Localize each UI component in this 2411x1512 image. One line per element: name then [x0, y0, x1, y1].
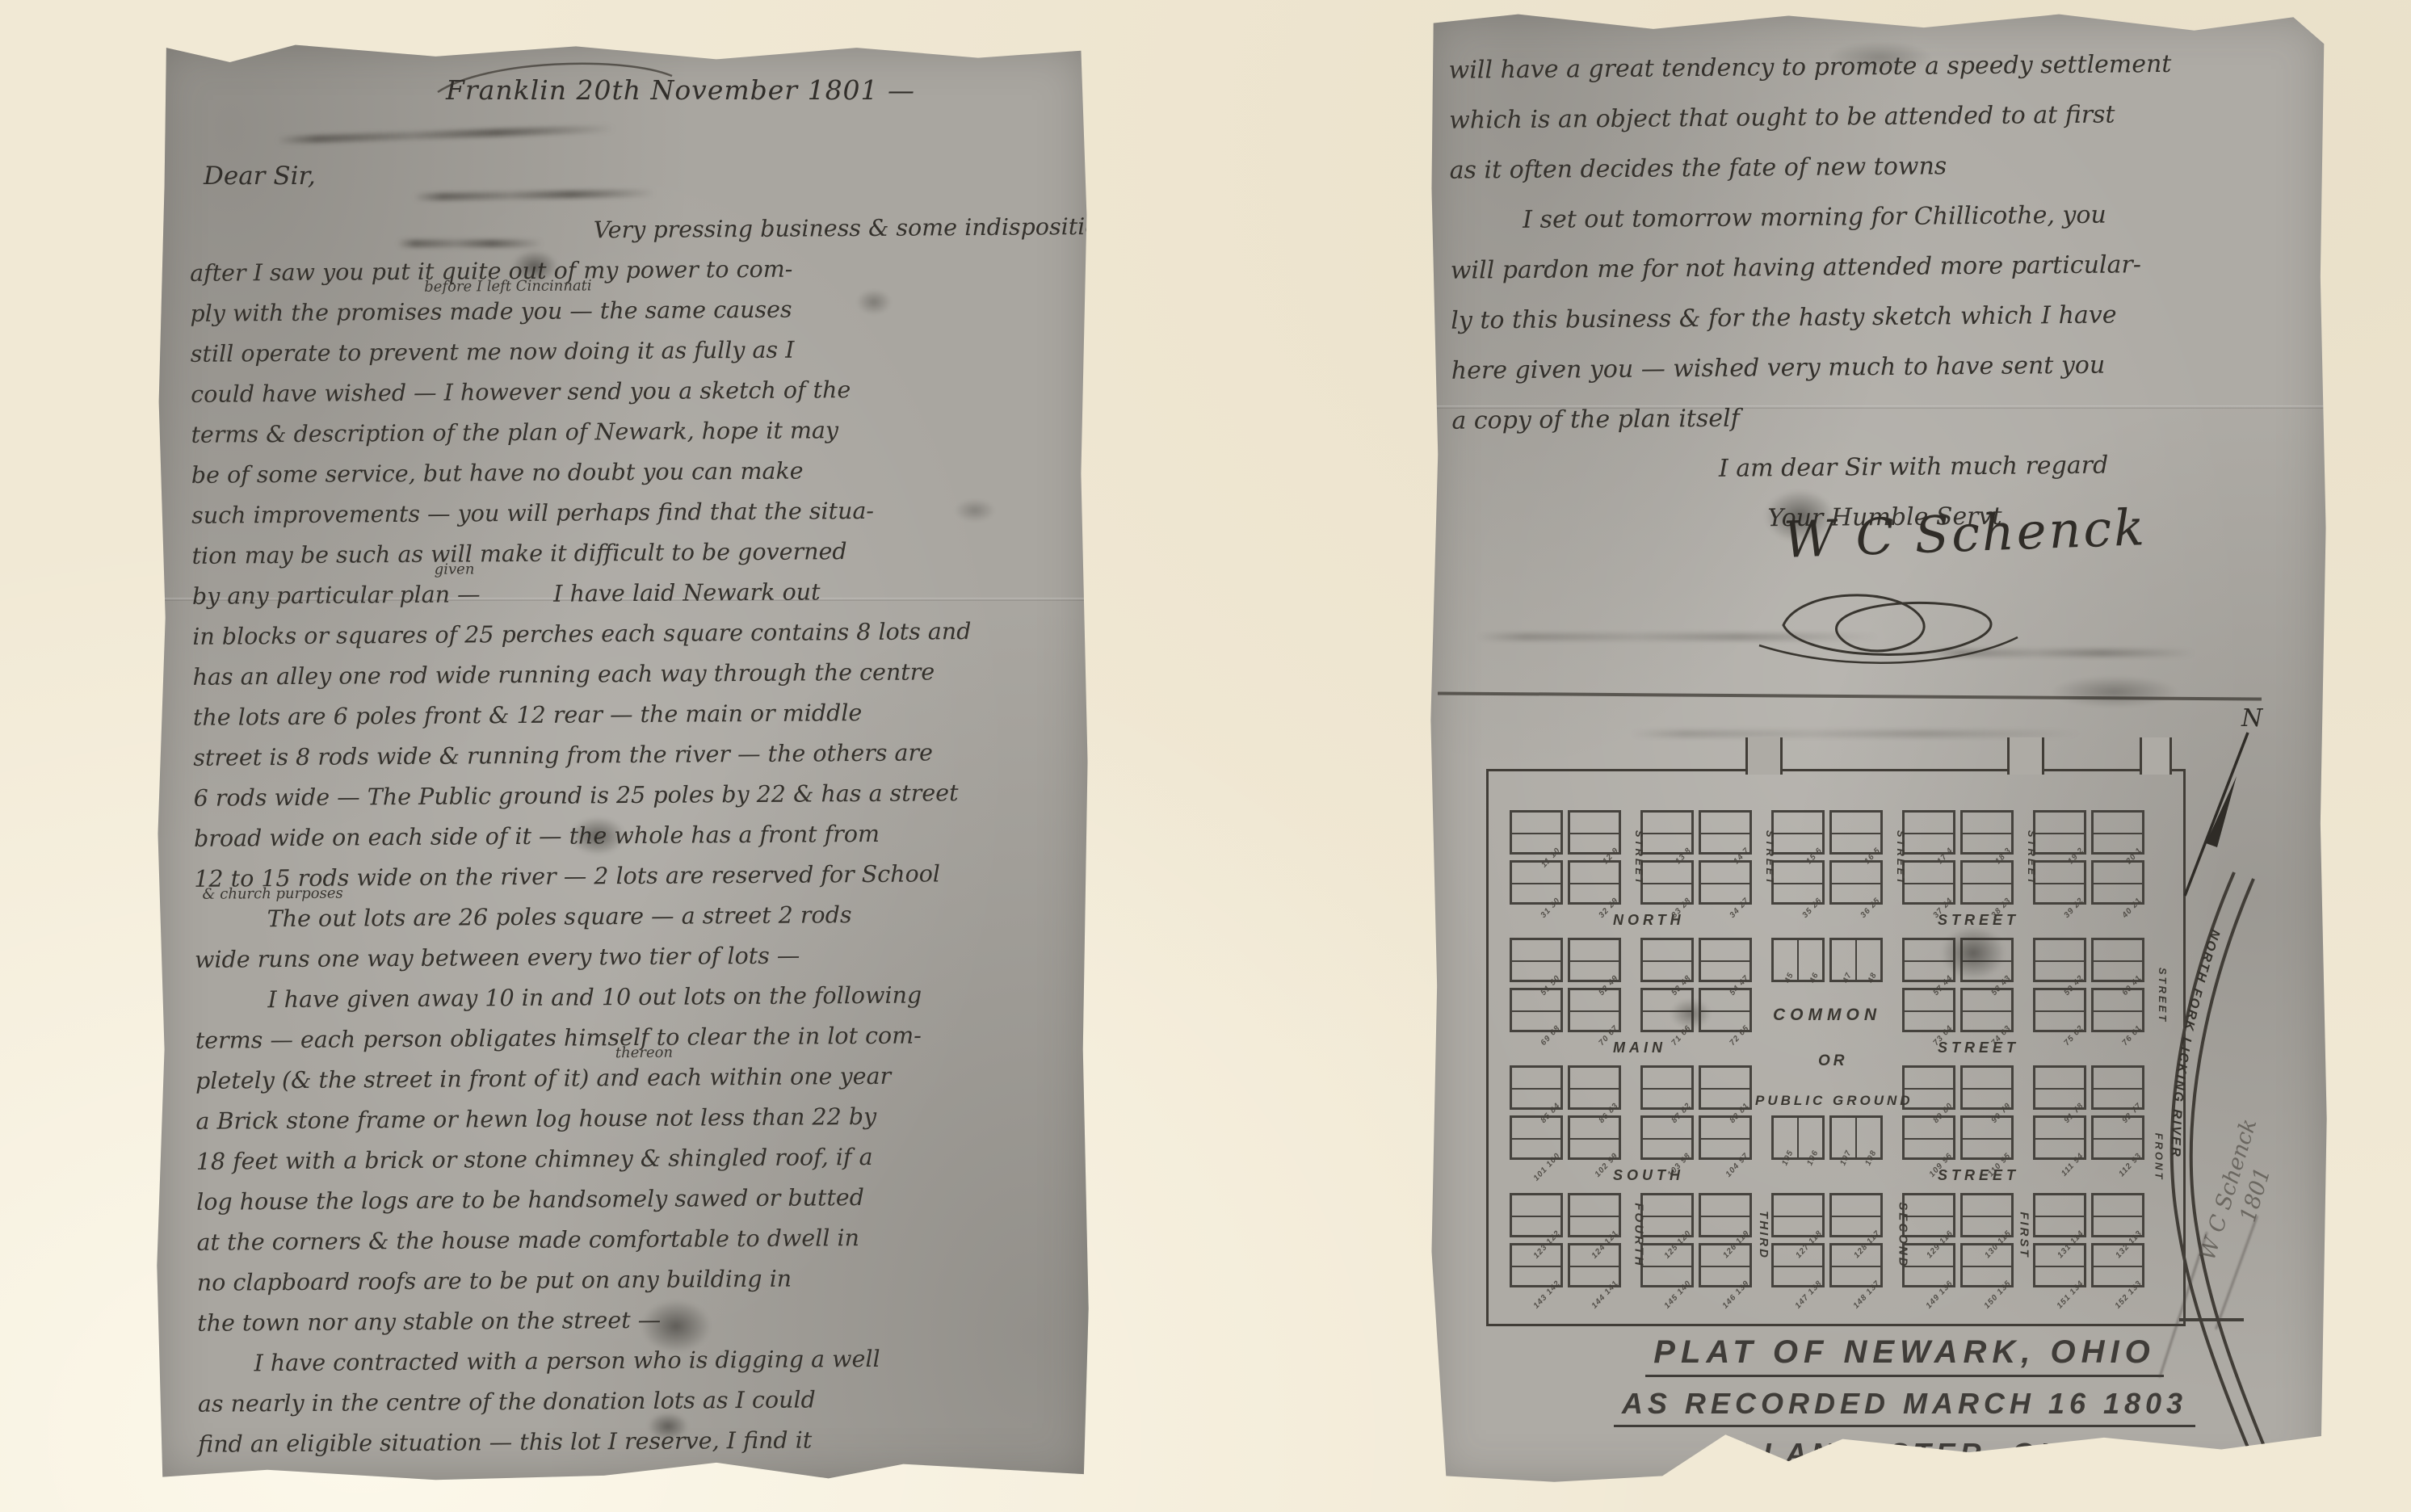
lot-number-pair: 143 142	[1532, 1279, 1562, 1310]
town-block: 150 135	[1960, 1243, 2014, 1287]
town-block: 87 82	[1640, 1065, 1694, 1110]
town-block-strip-lots: 105106	[1771, 1115, 1825, 1160]
lot-divider	[1963, 883, 2011, 884]
town-block: 37 24	[1902, 860, 1955, 905]
vertical-street-gap	[1626, 1065, 1640, 1066]
common-label: COMMON	[1773, 1006, 1881, 1025]
vertical-street-label: STREET	[1633, 830, 1645, 886]
town-block: 69 68	[1510, 988, 1563, 1032]
town-block: 125 120	[1640, 1193, 1694, 1237]
lot-divider	[1512, 1216, 1560, 1217]
letter-page-1: Franklin 20th November 1801 — Dear Sir, …	[155, 42, 1090, 1481]
letter-line: street is 8 rods wide & running from the…	[193, 732, 1078, 779]
block-row: 123 122124 121125 120126 119127 118128 1…	[1510, 1193, 2183, 1243]
lot-divider	[1570, 833, 1619, 834]
town-block: 54 47	[1699, 938, 1752, 982]
town-block: 109 96	[1902, 1115, 1955, 1160]
vertical-street-gap	[1626, 1115, 1640, 1116]
lot-divider	[1570, 960, 1619, 962]
town-block: 15 6	[1771, 810, 1825, 855]
letter-line: & church purposesThe out lots are 26 pol…	[195, 893, 1080, 940]
town-block: 53 48	[1640, 938, 1694, 982]
letter-line: I am dear Sir with much regard	[1452, 439, 2323, 496]
lot-divider	[1832, 1216, 1880, 1217]
ink-stain	[850, 284, 898, 320]
river-label: NORTH FORK LICKING RIVER	[2169, 928, 2222, 1159]
lot-number: 47	[1841, 971, 1854, 985]
town-block: 103 98	[1640, 1115, 1694, 1160]
strip-lot: 107	[1832, 1118, 1855, 1157]
lot-divider	[1512, 1138, 1560, 1140]
lot-divider	[1774, 1266, 1822, 1267]
bleed-through-mark	[1630, 730, 2082, 737]
lot-divider	[1701, 1266, 1749, 1267]
letter-body-page-1: Very pressing business & some indisposit…	[190, 207, 1084, 1465]
lot-divider	[1832, 883, 1880, 884]
town-block: 88 81	[1699, 1065, 1752, 1110]
letter-line: as it often decides the fate of new town…	[1449, 138, 2321, 195]
ink-stain	[559, 809, 636, 863]
letter-line: will pardon me for not having attended m…	[1450, 238, 2321, 296]
strip-lot: 108	[1855, 1118, 1880, 1157]
plat-block-grid: 11 1012 913 814 715 616 517 418 319 220 …	[1489, 771, 2183, 1293]
lot-number: 107	[1839, 1149, 1854, 1166]
vertical-street-gap	[1888, 810, 1902, 811]
town-block: 91 78	[2033, 1065, 2086, 1110]
lot-divider	[1643, 1266, 1691, 1267]
letter-line: the lots are 6 poles front & 12 rear — t…	[193, 691, 1078, 738]
street-opening-stub	[2007, 737, 2044, 775]
lot-divider	[2035, 1216, 2084, 1217]
lot-divider	[1643, 883, 1691, 884]
vertical-street-label: STREET	[2026, 830, 2038, 886]
letter-line: before I left Cincinnatiply with the pro…	[190, 288, 1075, 334]
ink-stain	[2026, 670, 2203, 714]
fourth-street-label: FOURTH	[1632, 1203, 1646, 1267]
plat-caption-line-2: AS RECORDED MARCH 16 1803	[1614, 1387, 2195, 1427]
town-block: 110 95	[1960, 1115, 2014, 1160]
letter-line: terms & description of the plan of Newar…	[191, 409, 1076, 456]
town-block: 75 62	[2033, 988, 2086, 1032]
lot-number: 106	[1806, 1149, 1821, 1166]
lot-divider	[1905, 1216, 1953, 1217]
letter-salutation: Dear Sir,	[204, 162, 316, 191]
town-block: 74 63	[1960, 988, 2014, 1032]
street-name: MAIN	[1613, 1039, 1666, 1056]
town-block: 39 22	[2033, 860, 2086, 905]
lot-divider	[1570, 1138, 1619, 1140]
town-block: 13 8	[1640, 810, 1694, 855]
town-block: 31 30	[1510, 860, 1563, 905]
lot-number: 105	[1781, 1149, 1796, 1166]
vertical-street-gap	[1757, 988, 1771, 989]
letter-line: such improvements — you will perhaps fin…	[191, 489, 1077, 536]
town-block-strip-lots: 4546	[1771, 938, 1825, 982]
vertical-street-gap	[1888, 1193, 1902, 1194]
letter-line: at the corners & the house made comforta…	[196, 1216, 1082, 1263]
lot-number: 45	[1783, 971, 1796, 985]
third-street-label: THIRD	[1757, 1211, 1770, 1260]
letter-line: givenby any particular plan — I have lai…	[192, 570, 1077, 617]
town-block-strip-lots: 107108	[1829, 1115, 1883, 1160]
letter-line: ly to this business & for the hasty sket…	[1451, 288, 2322, 346]
lot-divider	[2094, 833, 2142, 834]
town-block: 111 94	[2033, 1115, 2086, 1160]
lot-divider	[2035, 1138, 2084, 1140]
vertical-street-gap	[1888, 1065, 1902, 1066]
town-block: 144 141	[1568, 1243, 1621, 1287]
first-street-label: FIRST	[2018, 1212, 2031, 1258]
lot-divider	[1643, 1216, 1691, 1217]
town-block: 52 49	[1568, 938, 1621, 982]
lot-divider	[1701, 960, 1749, 962]
lot-divider	[1570, 1088, 1619, 1090]
vertical-street-gap	[2018, 938, 2033, 939]
vertical-street-gap	[2018, 1065, 2033, 1066]
vertical-street-gap	[1888, 1115, 1902, 1116]
vertical-street-gap	[1888, 938, 1902, 939]
ink-stain	[1751, 480, 1848, 552]
lot-divider	[1963, 1138, 2011, 1140]
street-band: NORTHSTREET	[1510, 910, 2183, 938]
lot-divider	[2035, 1088, 2084, 1090]
letter-line: tion may be such as will make it difficu…	[191, 530, 1077, 577]
lot-divider	[1643, 833, 1691, 834]
letter-line: has an alley one rod wide running each w…	[192, 651, 1077, 698]
town-block: 90 79	[1960, 1065, 2014, 1110]
town-block: 18 3	[1960, 810, 2014, 855]
ink-stain	[628, 1290, 725, 1363]
or-label: OR	[1818, 1052, 1848, 1070]
interlined-note: given	[435, 562, 475, 577]
town-block: 38 23	[1960, 860, 2014, 905]
vertical-street-gap	[1757, 1193, 1771, 1194]
town-block: 19 2	[2033, 810, 2086, 855]
lot-divider	[1570, 1216, 1619, 1217]
town-block: 86 83	[1568, 1065, 1621, 1110]
lot-divider	[1905, 883, 1953, 884]
interlined-note: before I left Cincinnati	[424, 279, 592, 294]
letter-line: I set out tomorrow morning for Chillicot…	[1450, 188, 2321, 246]
lot-divider	[1905, 1010, 1953, 1012]
letter-page-2-and-plat: will have a great tendency to promote a …	[1428, 11, 2329, 1488]
bleed-through-mark	[414, 189, 656, 200]
lot-number-pair: 148 137	[1852, 1279, 1882, 1310]
lot-divider	[1701, 1138, 1749, 1140]
plat-caption-line-3: AT LANCASTER, OHIO	[1695, 1437, 2113, 1477]
lot-divider	[2035, 1010, 2084, 1012]
town-block: 148 137	[1829, 1243, 1883, 1287]
letter-line: a copy of the plan itself	[1451, 388, 2322, 446]
vertical-street-label: STREET	[1764, 830, 1776, 886]
letter-line: thereonpletely (& the street in front of…	[195, 1055, 1081, 1102]
ink-stain	[1808, 36, 1953, 80]
town-block: 35 26	[1771, 860, 1825, 905]
svg-text:NORTH FORK LICKING RIVER: NORTH FORK LICKING RIVER	[2169, 928, 2222, 1159]
town-block: 85 84	[1510, 1065, 1563, 1110]
block-row: 31 3032 2933 2834 2735 2636 2537 2438 23…	[1510, 860, 2183, 910]
lot-number-pair: 149 136	[1925, 1279, 1955, 1310]
plat-caption-line-1: PLAT OF NEWARK, OHIO	[1645, 1334, 2163, 1377]
vertical-street-gap	[2018, 988, 2033, 989]
vertical-street-gap	[1757, 938, 1771, 939]
town-block: 146 139	[1699, 1243, 1752, 1287]
lot-divider	[2035, 883, 2084, 884]
lot-divider	[1570, 1010, 1619, 1012]
town-block: 17 4	[1902, 810, 1955, 855]
town-block: 124 121	[1568, 1193, 1621, 1237]
letter-line: after I saw you put it quite out of my p…	[190, 247, 1075, 294]
lot-divider	[1774, 883, 1822, 884]
strip-lot: 46	[1797, 940, 1822, 980]
vertical-street-gap	[1626, 1193, 1640, 1194]
bleed-through-mark	[1929, 649, 2195, 657]
vertical-street-gap	[1626, 810, 1640, 811]
plat-caption: PLAT OF NEWARK, OHIO AS RECORDED MARCH 1…	[1581, 1334, 2228, 1487]
town-block: 145 140	[1640, 1243, 1694, 1287]
vertical-street-gap	[2018, 810, 2033, 811]
photographed-document: Franklin 20th November 1801 — Dear Sir, …	[0, 0, 2411, 1512]
vertical-street-gap	[1626, 988, 1640, 989]
vertical-street-gap	[1757, 1065, 1771, 1066]
lot-number-pair: 150 135	[1983, 1279, 2013, 1310]
lot-divider	[1512, 1010, 1560, 1012]
lot-divider	[1512, 883, 1560, 884]
vertical-street-gap	[2018, 1115, 2033, 1116]
letter-body-page-2: will have a great tendency to promote a …	[1448, 38, 2323, 546]
ink-stain	[640, 1407, 696, 1446]
town-block: 51 50	[1510, 938, 1563, 982]
lot-divider	[1905, 1138, 1953, 1140]
lot-number: 108	[1864, 1149, 1879, 1166]
town-block: 102 99	[1568, 1115, 1621, 1160]
town-block: 147 138	[1771, 1243, 1825, 1287]
lot-divider	[1963, 1010, 2011, 1012]
town-block: 123 122	[1510, 1193, 1563, 1237]
lot-number-pair: 147 138	[1794, 1279, 1824, 1310]
letter-line: here given you — wished very much to hav…	[1451, 338, 2323, 396]
lot-divider	[1570, 883, 1619, 884]
interlined-note: & church purposes	[202, 887, 342, 902]
vertical-street-gap	[1757, 1115, 1771, 1116]
plat-map: 11 1012 913 814 715 616 517 418 319 220 …	[1486, 769, 2186, 1326]
lot-number-pair: 146 139	[1721, 1279, 1751, 1310]
lot-divider	[1905, 833, 1953, 834]
town-block: 129 116	[1902, 1193, 1955, 1237]
town-block: 34 27	[1699, 860, 1752, 905]
town-block-strip-lots: 4748	[1829, 938, 1883, 982]
lot-divider	[1512, 960, 1560, 962]
letter-line: still operate to prevent me now doing it…	[191, 328, 1076, 375]
strip-lot: 47	[1832, 940, 1855, 980]
interlined-note: thereon	[615, 1046, 673, 1060]
vertical-street-gap	[1757, 810, 1771, 811]
letter-line: I have given away 10 in and 10 out lots …	[195, 974, 1080, 1021]
street-name: SOUTH	[1613, 1167, 1684, 1184]
town-block: 16 5	[1829, 810, 1883, 855]
town-block: 12 9	[1568, 810, 1621, 855]
lot-divider	[1701, 1088, 1749, 1090]
town-block: 14 7	[1699, 810, 1752, 855]
lot-divider	[1512, 1088, 1560, 1090]
second-street-label: SECOND	[1896, 1202, 1910, 1268]
lot-number-pair: 145 140	[1663, 1279, 1693, 1310]
ink-stain	[1662, 993, 1719, 1035]
lot-divider	[1643, 1138, 1691, 1140]
north-arrow-n: N	[2241, 704, 2264, 733]
lot-divider	[1963, 1266, 2011, 1267]
town-block: 130 115	[1960, 1193, 2014, 1237]
letter-line: be of some service, but have no doubt yo…	[191, 449, 1077, 496]
letter-line: as nearly in the centre of the donation …	[198, 1378, 1083, 1425]
signature-flourish	[1751, 569, 2026, 674]
lot-divider	[1963, 833, 2011, 834]
letter-line: a Brick stone frame or hewn log house no…	[195, 1095, 1081, 1142]
town-block: 36 25	[1829, 860, 1883, 905]
lot-divider	[2035, 960, 2084, 962]
lot-number: 46	[1808, 971, 1821, 985]
block-row: 11 1012 913 814 715 616 517 418 319 220 …	[1510, 810, 2183, 860]
town-block: 101 100	[1510, 1115, 1563, 1160]
vertical-street-gap	[1626, 938, 1640, 939]
lot-divider	[1905, 1088, 1953, 1090]
town-block: 128 117	[1829, 1193, 1883, 1237]
town-block: 73 64	[1902, 988, 1955, 1032]
lot-divider	[1643, 1088, 1691, 1090]
vertical-street-gap	[2018, 1193, 2033, 1194]
strip-lot: 48	[1855, 940, 1880, 980]
letter-line: which is an object that ought to be atte…	[1449, 88, 2321, 145]
vertical-street-gap	[1888, 988, 1902, 989]
letter-line: wide runs one way between every two tier…	[195, 934, 1080, 981]
lot-divider	[1774, 1216, 1822, 1217]
letter-line: log house the logs are to be handsomely …	[196, 1176, 1082, 1223]
ink-stain	[502, 244, 567, 289]
letter-line: 6 rods wide — The Public ground is 25 po…	[193, 772, 1078, 819]
town-block: 131 114	[2033, 1193, 2086, 1237]
lot-divider	[1643, 960, 1691, 962]
public-ground-label: PUBLIC GROUND	[1755, 1093, 1913, 1109]
town-block: 143 142	[1510, 1243, 1563, 1287]
lot-divider	[1905, 1266, 1953, 1267]
lot-divider	[1963, 1216, 2011, 1217]
ink-stain	[1929, 916, 2018, 990]
town-block: 104 97	[1699, 1115, 1752, 1160]
street-name: NORTH	[1613, 912, 1685, 929]
ink-stain	[947, 494, 1003, 527]
lot-divider	[1570, 1266, 1619, 1267]
street-name: STREET	[1938, 1167, 2019, 1184]
letter-line: 18 feet with a brick or stone chimney & …	[196, 1136, 1082, 1182]
lot-divider	[1512, 1266, 1560, 1267]
letter-line: Very pressing business & some indisposit…	[190, 207, 1075, 254]
lot-divider	[1512, 833, 1560, 834]
block-row: 101 100102 99103 98104 97105106107108109…	[1510, 1115, 2183, 1165]
lot-divider	[1701, 833, 1749, 834]
strip-lot: 45	[1774, 940, 1797, 980]
letter-dateline: Franklin 20th November 1801 —	[446, 74, 915, 106]
town-block: 32 29	[1568, 860, 1621, 905]
bleed-through-mark	[1476, 633, 1880, 640]
town-block: 11 10	[1510, 810, 1563, 855]
lot-divider	[1832, 1266, 1880, 1267]
town-block: 59 42	[2033, 938, 2086, 982]
town-block: 149 136	[1902, 1243, 1955, 1287]
town-block: 151 134	[2033, 1243, 2086, 1287]
letter-line: could have wished — I however send you a…	[191, 368, 1076, 415]
street-band: SOUTHSTREET	[1510, 1165, 2183, 1193]
street-name: STREET	[1938, 1039, 2019, 1056]
lot-divider	[1774, 833, 1822, 834]
town-block: 20 1	[2091, 810, 2144, 855]
lot-divider	[1963, 1088, 2011, 1090]
lot-divider	[2035, 833, 2084, 834]
lot-number-pair: 151 134	[2056, 1279, 2085, 1310]
strip-lot: 106	[1797, 1118, 1822, 1157]
vertical-street-label: STREET	[1895, 830, 1907, 886]
letter-line: no clapboard roofs are to be put on any …	[197, 1257, 1082, 1304]
lot-number: 48	[1866, 971, 1879, 985]
bleed-through-mark	[276, 125, 615, 145]
block-row: 51 5052 4953 4854 474546474857 4458 4359…	[1510, 938, 2183, 988]
letter-line: in blocks or squares of 25 perches each …	[192, 611, 1077, 657]
town-block: 33 28	[1640, 860, 1694, 905]
block-row: 143 142144 141145 140146 139147 138148 1…	[1510, 1243, 2183, 1293]
lot-divider	[1701, 1216, 1749, 1217]
street-opening-stub	[1745, 737, 1783, 775]
lot-divider	[1701, 883, 1749, 884]
town-block: 127 118	[1771, 1193, 1825, 1237]
town-block: 126 119	[1699, 1193, 1752, 1237]
strip-lot: 105	[1774, 1118, 1797, 1157]
town-block: 70 67	[1568, 988, 1621, 1032]
lot-divider	[2035, 1266, 2084, 1267]
lot-divider	[1832, 833, 1880, 834]
lot-number-pair: 144 141	[1590, 1279, 1620, 1310]
